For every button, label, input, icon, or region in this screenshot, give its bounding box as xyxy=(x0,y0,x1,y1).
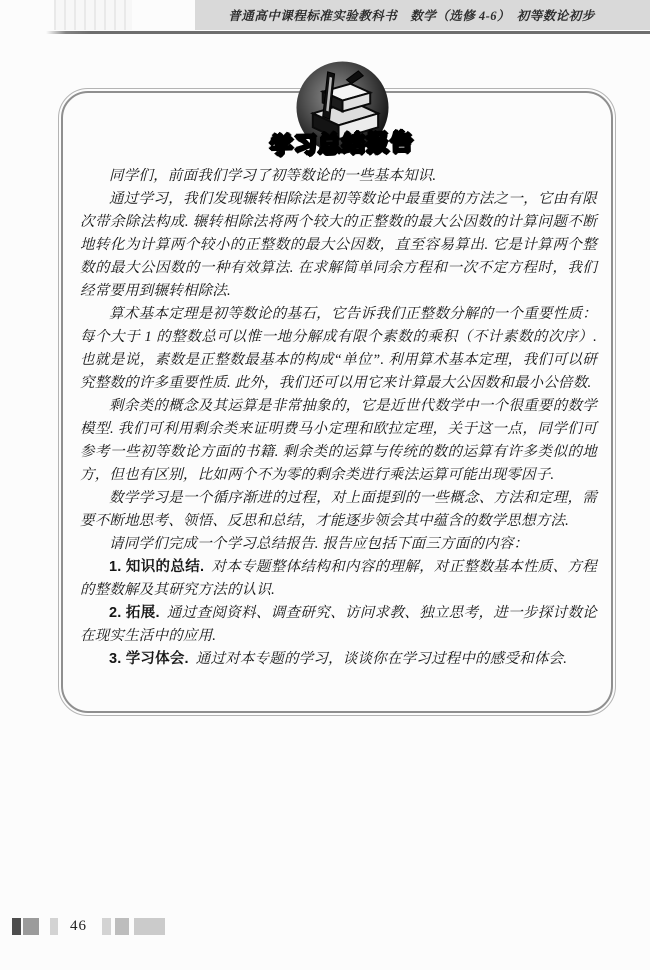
header-stripes-decoration xyxy=(54,0,132,30)
paragraph: 通过学习，我们发现辗转相除法是初等数论中最重要的方法之一，它由有限次带余除法构成… xyxy=(80,188,597,303)
numbered-item: 3. 学习体会.通过对本专题的学习，谈谈你在学习过程中的感受和体会. xyxy=(80,648,597,671)
numbered-item: 2. 拓展.通过查阅资料、调查研究、访问求教、独立思考，进一步探讨数论在现实生活… xyxy=(80,602,597,648)
footer-bar-decoration xyxy=(12,918,21,935)
footer-bar-decoration xyxy=(23,918,39,935)
footer-bar-decoration xyxy=(50,918,58,935)
item-label: 1. 知识的总结. xyxy=(109,559,204,575)
numbered-item: 1. 知识的总结.对本专题整体结构和内容的理解，对正整数基本性质、方程的整数解及… xyxy=(80,556,597,602)
paragraph: 剩余类的概念及其运算是非常抽象的，它是近世代数学中一个很重要的数学模型. 我们可… xyxy=(80,395,597,487)
report-body: 同学们，前面我们学习了初等数论的一些基本知识. 通过学习，我们发现辗转相除法是初… xyxy=(80,165,597,671)
report-emblem: 学习总结报告 xyxy=(257,60,427,170)
paragraph: 同学们，前面我们学习了初等数论的一些基本知识. xyxy=(80,165,597,188)
textbook-page: 普通高中课程标准实验教科书 数学（选修 4-6） 初等数论初步 xyxy=(0,0,650,970)
header-rule-divider xyxy=(46,31,650,34)
paragraph: 算术基本定理是初等数论的基石，它告诉我们正整数分解的一个重要性质：每个大于 1 … xyxy=(80,303,597,395)
paragraph: 数学学习是一个循序渐进的过程，对上面提到的一些概念、方法和定理，需要不断地思考、… xyxy=(80,487,597,533)
footer-bar-decoration xyxy=(115,918,129,935)
item-label: 3. 学习体会. xyxy=(109,651,189,667)
page-number: 46 xyxy=(70,918,87,935)
footer-bar-decoration xyxy=(102,918,111,935)
report-box: 学习总结报告 同学们，前面我们学习了初等数论的一些基本知识. 通过学习，我们发现… xyxy=(58,88,616,716)
page-footer: 46 xyxy=(0,916,650,940)
item-text: 通过对本专题的学习，谈谈你在学习过程中的感受和体会. xyxy=(196,651,567,667)
paragraph: 请同学们完成一个学习总结报告. 报告应包括下面三方面的内容： xyxy=(80,533,597,556)
header-title: 普通高中课程标准实验教科书 数学（选修 4-6） 初等数论初步 xyxy=(228,6,617,24)
footer-bar-decoration xyxy=(134,918,165,935)
item-label: 2. 拓展. xyxy=(109,605,160,621)
header-band: 普通高中课程标准实验教科书 数学（选修 4-6） 初等数论初步 xyxy=(195,0,650,30)
report-title: 学习总结报告 xyxy=(270,124,415,161)
